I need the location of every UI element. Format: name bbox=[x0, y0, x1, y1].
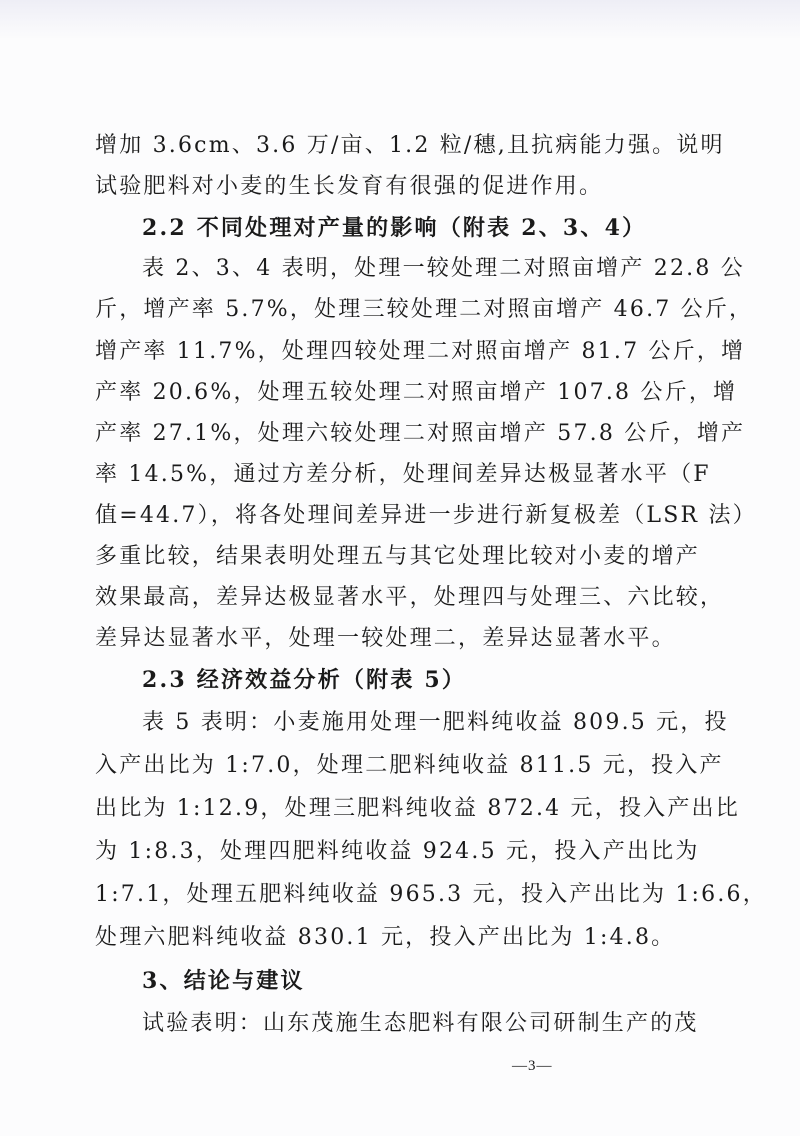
paragraph-line: 效果最高，差异达极显著水平，处理四与处理三、六比较， bbox=[95, 583, 745, 613]
paragraph-line: 率 14.5%，通过方差分析，处理间差异达极显著水平（F bbox=[95, 460, 745, 490]
paragraph-line: 产率 20.6%，处理五较处理二对照亩增产 107.8 公斤，增 bbox=[95, 378, 745, 408]
section-heading-2-3: 2.3 经济效益分析（附表 5） bbox=[142, 665, 792, 695]
paragraph-line: 处理六肥料纯收益 830.1 元，投入产出比为 1:4.8。 bbox=[95, 923, 745, 953]
paragraph-line: 入产出比为 1:7.0，处理二肥料纯收益 811.5 元，投入产 bbox=[95, 751, 745, 781]
paragraph-line: 1:7.1，处理五肥料纯收益 965.3 元，投入产出比为 1:6.6， bbox=[95, 880, 745, 910]
paragraph-line: 表 5 表明：小麦施用处理一肥料纯收益 809.5 元，投 bbox=[142, 708, 792, 738]
paragraph-line: 斤，增产率 5.7%，处理三较处理二对照亩增产 46.7 公斤， bbox=[95, 295, 745, 325]
section-heading-2-2: 2.2 不同处理对产量的影响（附表 2、3、4） bbox=[142, 213, 792, 243]
paragraph-line: 产率 27.1%，处理六较处理二对照亩增产 57.8 公斤，增产 bbox=[95, 419, 745, 449]
paragraph-line: 差异达显著水平，处理一较处理二，差异达显著水平。 bbox=[95, 624, 745, 654]
section-heading-3: 3、结论与建议 bbox=[142, 966, 792, 996]
paragraph-line: 增产率 11.7%，处理四较处理二对照亩增产 81.7 公斤，增 bbox=[95, 337, 745, 367]
paragraph-line: 多重比较，结果表明处理五与其它处理比较对小麦的增产 bbox=[95, 542, 745, 572]
paragraph-line: 值=44.7），将各处理间差异进一步进行新复极差（LSR 法） bbox=[95, 501, 745, 531]
page-number: —3— bbox=[512, 1058, 553, 1075]
paragraph-line: 出比为 1:12.9，处理三肥料纯收益 872.4 元，投入产出比 bbox=[95, 794, 745, 824]
paragraph-line: 为 1:8.3，处理四肥料纯收益 924.5 元，投入产出比为 bbox=[95, 837, 745, 867]
paragraph-line: 试验肥料对小麦的生长发育有很强的促进作用。 bbox=[95, 172, 745, 202]
paragraph-line: 表 2、3、4 表明，处理一较处理二对照亩增产 22.8 公 bbox=[142, 254, 792, 284]
paragraph-line: 增加 3.6cm、3.6 万/亩、1.2 粒/穗,且抗病能力强。说明 bbox=[95, 131, 745, 161]
paragraph-line: 试验表明：山东茂施生态肥料有限公司研制生产的茂 bbox=[142, 1009, 792, 1039]
document-page: 增加 3.6cm、3.6 万/亩、1.2 粒/穗,且抗病能力强。说明 试验肥料对… bbox=[0, 0, 800, 1136]
